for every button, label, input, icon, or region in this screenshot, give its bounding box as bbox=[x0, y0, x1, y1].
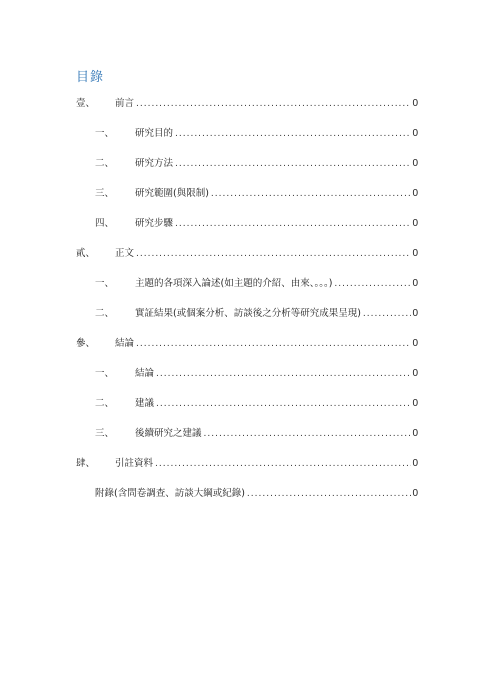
toc-entry-label: 後續研究之建議 bbox=[135, 426, 204, 442]
toc-entry-number: 四、 bbox=[95, 216, 114, 232]
toc-entry-page: 0 bbox=[411, 486, 418, 502]
toc-entry-page: 0 bbox=[411, 246, 418, 262]
toc-entry-page: 0 bbox=[411, 396, 418, 412]
toc-entry-number: 二、 bbox=[95, 396, 114, 412]
toc-entry-number: 三、 bbox=[95, 186, 114, 202]
toc-entry[interactable]: 一、 結論 0 bbox=[0, 366, 494, 382]
dot-leader bbox=[247, 486, 412, 502]
dot-leader bbox=[136, 246, 411, 262]
dot-leader bbox=[175, 216, 411, 232]
dot-leader bbox=[211, 186, 412, 202]
toc-entry-number: 一、 bbox=[95, 276, 114, 292]
toc-entry-label: 引註資料 bbox=[115, 456, 155, 472]
toc-entry-page: 0 bbox=[411, 186, 418, 202]
dot-leader bbox=[363, 306, 412, 322]
toc-entry-number: 一、 bbox=[95, 366, 114, 382]
toc-entry-label: 結論 bbox=[135, 366, 156, 382]
toc-entry-label: 附錄(含問卷調查、訪談大綱或紀錄) bbox=[95, 486, 247, 502]
toc-entry-label: 研究步驟 bbox=[135, 216, 175, 232]
toc-entry[interactable]: 三、 研究範圍(與限制) 0 bbox=[0, 186, 494, 202]
toc-entry-number: 肆、 bbox=[76, 456, 95, 472]
toc-entry[interactable]: 參、 結論 0 bbox=[0, 336, 494, 352]
toc-entry-page: 0 bbox=[411, 126, 418, 142]
toc-entry[interactable]: 附錄(含問卷調查、訪談大綱或紀錄) 0 bbox=[0, 486, 494, 502]
toc-entry[interactable]: 壹、 前言 0 bbox=[0, 96, 494, 112]
toc-entry-page: 0 bbox=[411, 456, 418, 472]
toc-entry-page: 0 bbox=[411, 216, 418, 232]
toc-entry-label: 實証結果(或個案分析、訪談後之分析等研究成果呈現) bbox=[135, 306, 363, 322]
toc-entry-page: 0 bbox=[411, 426, 418, 442]
toc-entry-number: 參、 bbox=[76, 336, 95, 352]
dot-leader bbox=[136, 96, 411, 112]
toc-entry-number: 一、 bbox=[95, 126, 114, 142]
dot-leader bbox=[334, 276, 411, 292]
toc-entry-page: 0 bbox=[411, 276, 418, 292]
toc-entry-label: 研究方法 bbox=[135, 156, 175, 172]
toc-entry-label: 研究目的 bbox=[135, 126, 175, 142]
dot-leader bbox=[136, 336, 411, 352]
toc-entry[interactable]: 三、 後續研究之建議 0 bbox=[0, 426, 494, 442]
dot-leader bbox=[155, 456, 411, 472]
toc-entry-label: 建議 bbox=[135, 396, 156, 412]
toc-entry-label: 前言 bbox=[115, 96, 136, 112]
toc-entry[interactable]: 二、 實証結果(或個案分析、訪談後之分析等研究成果呈現) 0 bbox=[0, 306, 494, 322]
toc-entry-number: 貳、 bbox=[76, 246, 95, 262]
toc-entry[interactable]: 肆、 引註資料 0 bbox=[0, 456, 494, 472]
dot-leader bbox=[156, 366, 411, 382]
toc-entry-page: 0 bbox=[411, 156, 418, 172]
dot-leader bbox=[175, 156, 411, 172]
toc-entry-number: 壹、 bbox=[76, 96, 95, 112]
toc-entry-number: 二、 bbox=[95, 156, 114, 172]
toc-entry-label: 主題的各項深入論述(如主題的介紹、由來、。。。) bbox=[135, 276, 334, 292]
toc-title: 目錄 bbox=[76, 66, 104, 85]
toc-entry-page: 0 bbox=[411, 96, 418, 112]
dot-leader bbox=[175, 126, 411, 142]
toc-entry-label: 結論 bbox=[115, 336, 136, 352]
toc-entry[interactable]: 一、 主題的各項深入論述(如主題的介紹、由來、。。。) 0 bbox=[0, 276, 494, 292]
document-page: 目錄 壹、 前言 0 一、 研究目的 0 二、 研究方法 0 三、 研究範圍(與… bbox=[0, 0, 494, 700]
toc-entry-page: 0 bbox=[411, 306, 418, 322]
dot-leader bbox=[204, 426, 412, 442]
toc-entry-number: 二、 bbox=[95, 306, 114, 322]
toc-entry[interactable]: 二、 建議 0 bbox=[0, 396, 494, 412]
toc-entry-number: 三、 bbox=[95, 426, 114, 442]
toc-entry[interactable]: 貳、 正文 0 bbox=[0, 246, 494, 262]
toc-entry[interactable]: 二、 研究方法 0 bbox=[0, 156, 494, 172]
toc-entry[interactable]: 四、 研究步驟 0 bbox=[0, 216, 494, 232]
toc-entry-label: 正文 bbox=[115, 246, 136, 262]
toc-entry-label: 研究範圍(與限制) bbox=[135, 186, 211, 202]
toc-entry[interactable]: 一、 研究目的 0 bbox=[0, 126, 494, 142]
dot-leader bbox=[156, 396, 411, 412]
toc-entry-page: 0 bbox=[411, 366, 418, 382]
toc-entry-page: 0 bbox=[411, 336, 418, 352]
